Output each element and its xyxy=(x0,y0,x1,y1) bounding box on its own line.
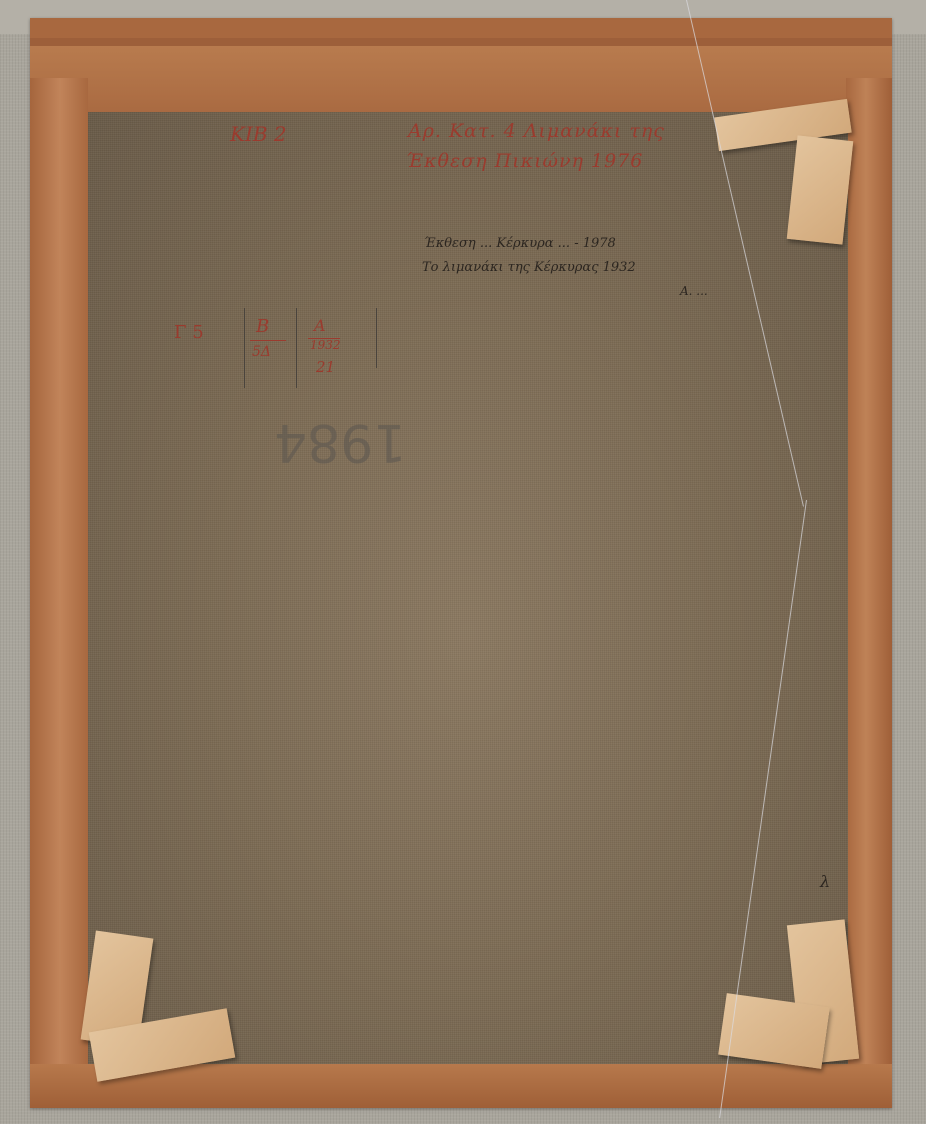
code-1932: 1932 xyxy=(310,338,341,352)
fraction-line xyxy=(250,340,286,341)
stretcher-bar-left xyxy=(30,78,88,1108)
pencil-line xyxy=(244,308,245,388)
stretcher-bar-right xyxy=(846,78,892,1108)
code-5d: 5Δ xyxy=(252,344,271,360)
pencil-line xyxy=(296,308,297,388)
pencil-numeral: 1984 xyxy=(274,412,406,472)
canvas-back: ΚΙΒ 2 Αρ. Κατ. 4 Λιμανάκι της Έκθεση Πικ… xyxy=(88,112,848,1064)
pencil-line xyxy=(376,308,377,368)
inscription-kib: ΚΙΒ 2 xyxy=(230,122,287,146)
corner-mark: λ xyxy=(820,872,830,891)
corner-wedge-top-right-vertical xyxy=(787,135,854,244)
code-21: 21 xyxy=(316,358,335,376)
inscription-catalog: Αρ. Κατ. 4 Λιμανάκι της xyxy=(408,120,665,142)
code-a: Α xyxy=(314,316,326,335)
inscription-title: Το λιμανάκι της Κέρκυρας 1932 xyxy=(422,260,636,275)
signature: Α. ... xyxy=(680,284,708,298)
inscription-exhibition: Έκθεση Πικιώνη 1976 xyxy=(406,150,643,172)
inscription-exhibition-1978: Έκθεση ... Κέρκυρα ... - 1978 xyxy=(424,236,616,251)
code-b: Β xyxy=(256,316,269,337)
code-g5: Γ 5 xyxy=(174,322,204,343)
